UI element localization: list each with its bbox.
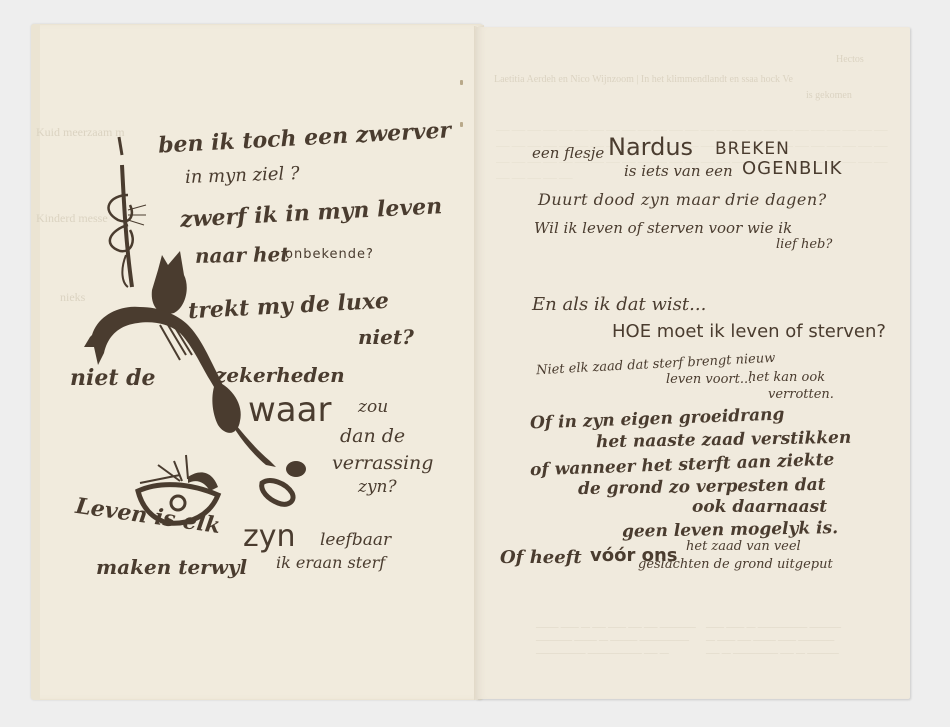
ghost-text: ________ _____ __ ______ ___________ [536, 630, 689, 644]
ghost-text: __ ____ ___ _____ ____ ________ [706, 630, 834, 644]
poem-line: Duurt dood zyn maar drie dagen? [538, 190, 827, 209]
ghost-text: _____ ____ __ ___ ____ ___ ___ ________ [536, 617, 696, 631]
poem-line: maken terwyl [96, 555, 247, 579]
ghost-text: ___________ ____________ ___ __ [536, 643, 669, 657]
poem-line: niet de [70, 365, 156, 391]
poem-line: ook daarnaast [692, 497, 827, 517]
right-page: Hectos Laetitia Aerdeh en Nico Wijnzoom … [476, 27, 910, 699]
staple-hole [460, 122, 463, 127]
ghost-subhead: Laetitia Aerdeh en Nico Wijnzoom | In he… [494, 73, 793, 87]
poem-line: leefbaar [320, 530, 391, 550]
left-page: Kuid meerzaam m Kinderd messe nieks [40, 25, 484, 699]
poem-line: een flesje [532, 144, 604, 162]
poem-line: HOE moet ik leven of sterven? [612, 321, 886, 342]
poem-line: niet? [358, 325, 414, 349]
ghost-text: ____ ____ __ ___________ _______ [706, 617, 841, 631]
poem-line: En als ik dat wist... [532, 294, 706, 315]
staple-hole [460, 80, 463, 85]
ghost-text: ___ __ __________ ___ __ _______ [706, 643, 839, 657]
poem-line: leven voort... [666, 372, 752, 387]
poem-line: OGENBLIK [742, 158, 842, 179]
poem-line: zyn [243, 519, 296, 554]
poem-line: geslachten de grond uitgeput [638, 557, 833, 572]
poem-line: onbekende? [285, 247, 374, 262]
poem-line: is iets van een [624, 162, 733, 180]
booklet-spread: Kuid meerzaam m Kinderd messe nieks [0, 0, 950, 727]
poem-line: BREKEN [715, 139, 790, 159]
ghost-header: Hectos [836, 53, 864, 67]
poem-line: Wil ik leven of sterven voor wie ik [534, 219, 792, 237]
poem-line: zekerheden [215, 363, 345, 387]
poem-line: ik eraan sterf [276, 553, 385, 572]
poem-line: verrotten. [768, 387, 834, 402]
poem-line: naar het [195, 242, 290, 268]
poem-line: waar [248, 390, 331, 430]
poem-line: in myn ziel ? [185, 163, 300, 188]
poem-line: Nardus [608, 133, 693, 161]
poem-line: zou [358, 397, 388, 417]
poem-line: verrassing [332, 452, 433, 474]
poem-line: lief heb? [776, 237, 832, 252]
poem-line: het zaad van veel [686, 539, 801, 554]
poem-line: het kan ook [748, 370, 825, 385]
poem-line: dan de [340, 425, 405, 447]
poem-line: zyn? [358, 477, 397, 497]
poem-line: Of heeft [500, 547, 582, 568]
ghost-subhead: is gekomen [806, 89, 852, 103]
